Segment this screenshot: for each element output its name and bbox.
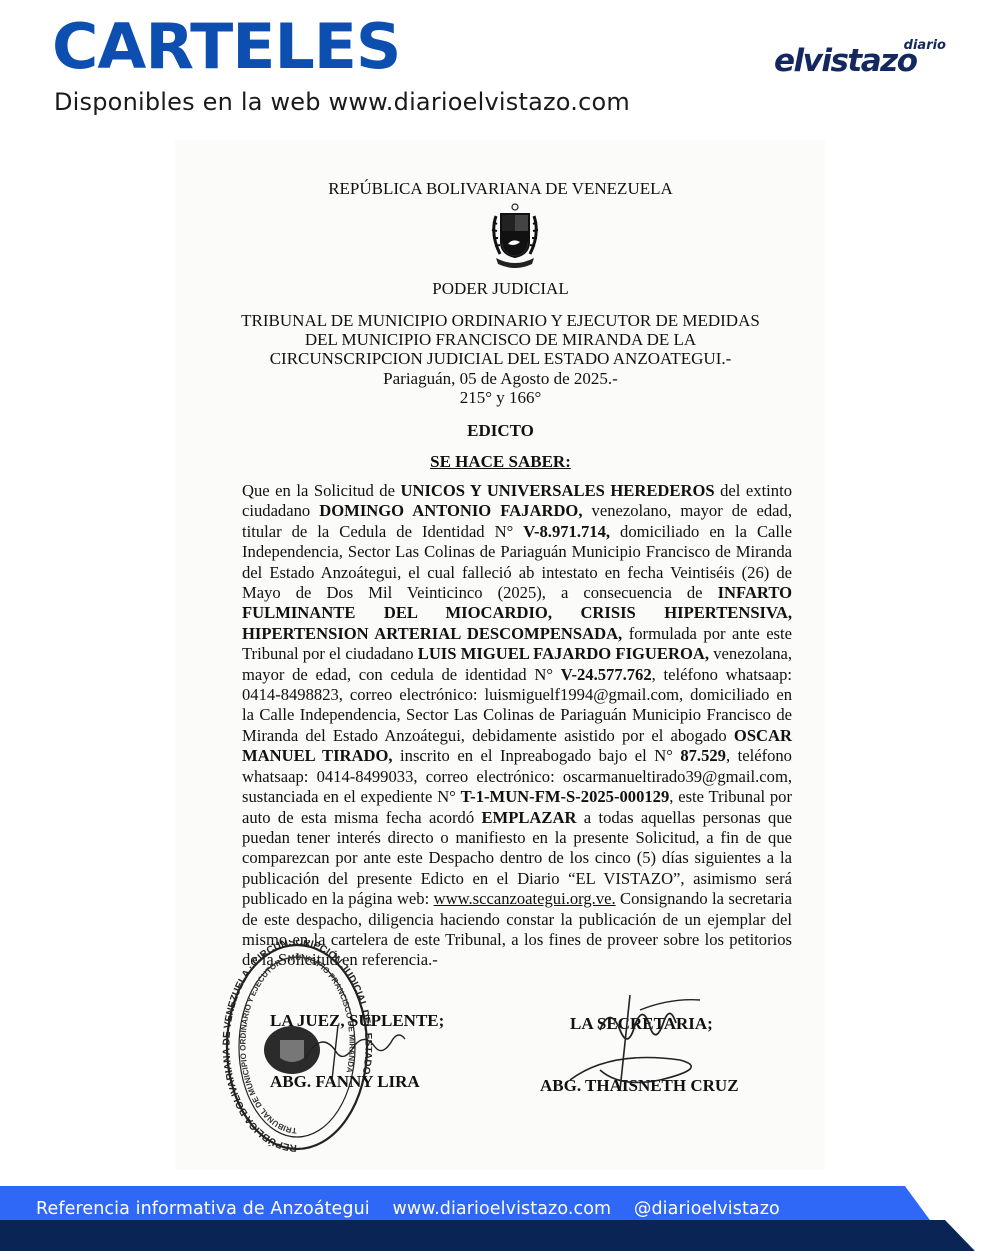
logo-main-text: elvistazo [774,46,917,77]
republic-heading: REPÚBLICA BOLIVARIANA DE VENEZUELA [0,179,1001,199]
judicial-branch: PODER JUDICIAL [0,279,1001,299]
page-subtitle: Disponibles en la web www.diarioelvistaz… [54,88,630,116]
court-line-2: DEL MUNICIPIO FRANCISCO DE MIRANDA DE LA [0,330,1001,350]
bold-segment: V-24.577.762 [561,665,652,684]
footer-text: Referencia informativa de Anzoátegui www… [36,1199,797,1219]
bold-segment: EMPLAZAR [481,808,576,827]
bold-segment: UNICOS Y UNIVERSALES HEREDEROS [400,481,714,500]
section-heading: SE HACE SABER: [0,452,1001,472]
judge-signature [300,1020,410,1090]
website-link[interactable]: www.sccanzoategui.org.ve. [434,889,616,908]
text-segment: Que en la Solicitud de [242,481,400,500]
footer-tagline: Referencia informativa de Anzoátegui [36,1199,370,1219]
footer-social-handle[interactable]: @diarioelvistazo [634,1199,780,1219]
bold-segment: DOMINGO ANTONIO FAJARDO, [319,501,582,520]
text-segment: inscrito en el Inpreabogado bajo el N° [393,746,681,765]
page-title: CARTELES [52,16,400,78]
years: 215° y 166° [0,388,1001,408]
place-date: Pariaguán, 05 de Agosto de 2025.- [0,369,1001,389]
edict-body: Que en la Solicitud de UNICOS Y UNIVERSA… [242,481,792,971]
coat-of-arms-icon [484,202,546,272]
court-line-3: CIRCUNSCRIPCION JUDICIAL DEL ESTADO ANZO… [0,349,1001,369]
se-hace-saber: SE HACE SABER: [430,452,571,471]
document-type: EDICTO [0,421,1001,441]
bold-segment: T-1-MUN-FM-S-2025-000129 [461,787,670,806]
bold-segment: 87.529 [680,746,726,765]
secretary-signature [560,990,720,1100]
court-line-1: TRIBUNAL DE MUNICIPIO ORDINARIO Y EJECUT… [0,311,1001,331]
bold-segment: LUIS MIGUEL FAJARDO FIGUEROA, [418,644,709,663]
footer-website-link[interactable]: www.diarioelvistazo.com [392,1199,611,1219]
bold-segment: V-8.971.714, [523,522,610,541]
elvistazo-logo[interactable]: diario elvistazo [774,38,946,82]
